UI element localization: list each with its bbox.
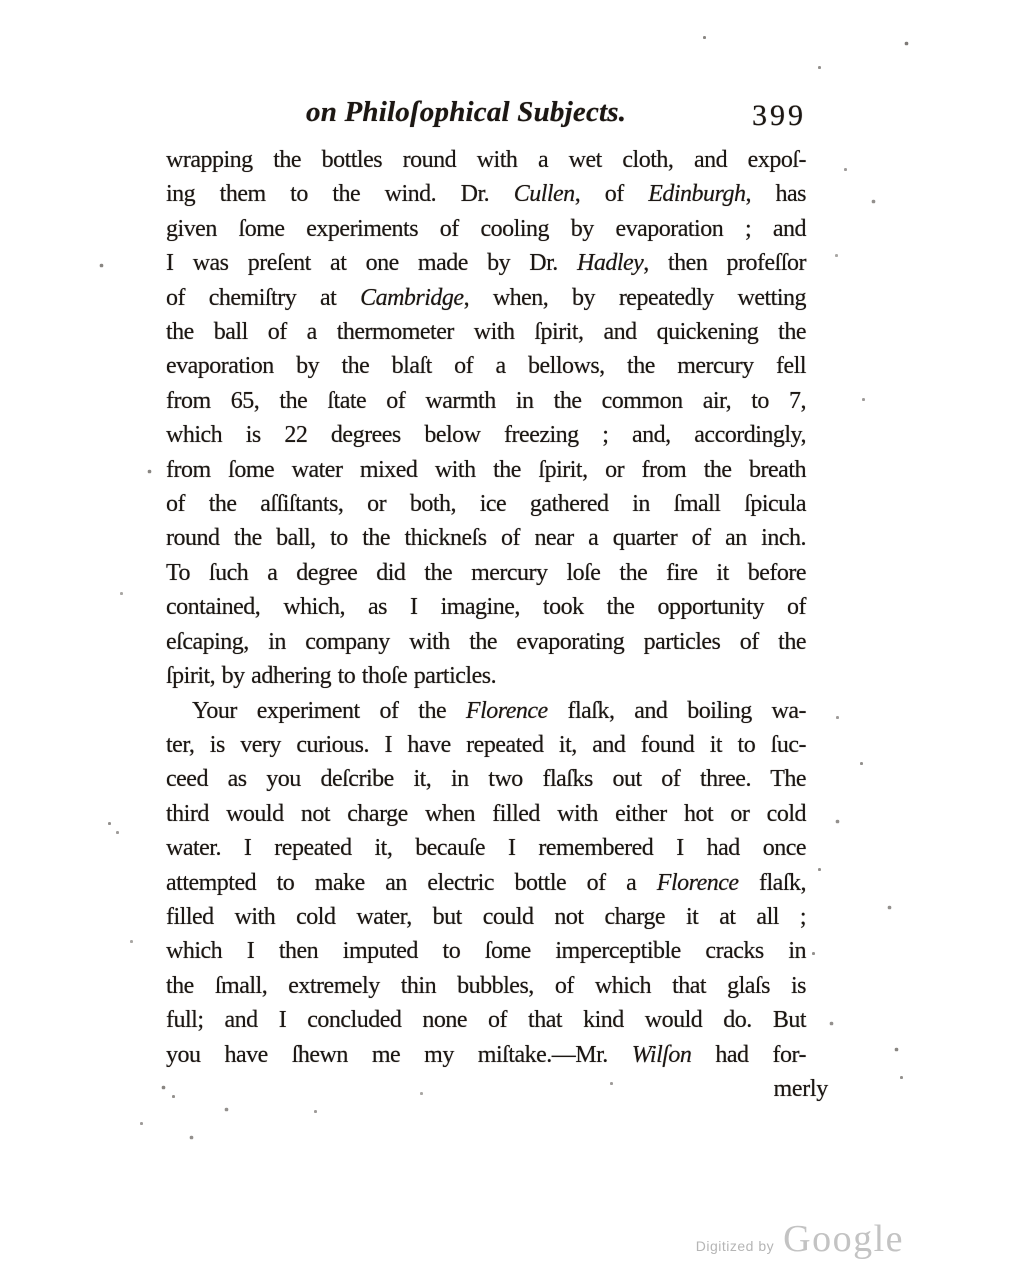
watermark-text: Digitized by: [696, 1238, 774, 1254]
text-line: ceed as you deſcribe it, in two flaſks o…: [166, 762, 806, 796]
page-header: on Philoſophical Subjects. 399: [166, 96, 814, 140]
text-line: evaporation by the blaſt of a bellows, t…: [166, 349, 806, 383]
text-line: the ball of a thermometer with ſpirit, a…: [166, 315, 806, 349]
text-line: ter, is very curious. I have repeated it…: [166, 728, 806, 762]
scan-noise-specks: [0, 0, 3, 3]
running-title: on Philoſophical Subjects.: [306, 96, 626, 129]
text-line: ſpirit, by adhering to thoſe particles.: [166, 659, 806, 693]
text-line: which is 22 degrees below freezing ; and…: [166, 418, 806, 452]
page-text: wrapping the bottles round with a wet cl…: [166, 143, 806, 1072]
text-line: contained, which, as I imagine, took the…: [166, 590, 806, 624]
google-logo: Google: [783, 1220, 904, 1258]
google-watermark: Digitized by Google: [696, 1220, 904, 1258]
text-line: of the aſſiſtants, or both, ice gathered…: [166, 487, 806, 521]
text-line: given ſome experiments of cooling by eva…: [166, 212, 806, 246]
text-line: attempted to make an electric bottle of …: [166, 866, 806, 900]
page-number: 399: [752, 99, 806, 133]
text-line: from 65, the ſtate of warmth in the comm…: [166, 384, 806, 418]
book-page: on Philoſophical Subjects. 399 wrapping …: [0, 0, 1014, 1282]
text-line: eſcaping, in company with the evaporatin…: [166, 625, 806, 659]
text-line: third would not charge when filled with …: [166, 797, 806, 831]
text-line: To ſuch a degree did the mercury loſe th…: [166, 556, 806, 590]
text-line: from ſome water mixed with the ſpirit, o…: [166, 453, 806, 487]
text-line: filled with cold water, but could not ch…: [166, 900, 806, 934]
text-line: round the ball, to the thickneſs of near…: [166, 521, 806, 555]
text-line: Your experiment of the Florence flaſk, a…: [166, 694, 806, 728]
text-line: wrapping the bottles round with a wet cl…: [166, 143, 806, 177]
text-line: of chemiſtry at Cambridge, when, by repe…: [166, 281, 806, 315]
text-line: the ſmall, extremely thin bubbles, of wh…: [166, 969, 806, 1003]
text-line: I was preſent at one made by Dr. Hadley,…: [166, 246, 806, 280]
text-line: you have ſhewn me my miſtake.—Mr. Wilſon…: [166, 1038, 806, 1072]
catchword: merly: [166, 1072, 828, 1106]
text-line: full; and I concluded none of that kind …: [166, 1003, 806, 1037]
text-line: water. I repeated it, becauſe I remember…: [166, 831, 806, 865]
text-line: ing them to the wind. Dr. Cullen, of Edi…: [166, 177, 806, 211]
text-line: which I then imputed to ſome imperceptib…: [166, 934, 806, 968]
